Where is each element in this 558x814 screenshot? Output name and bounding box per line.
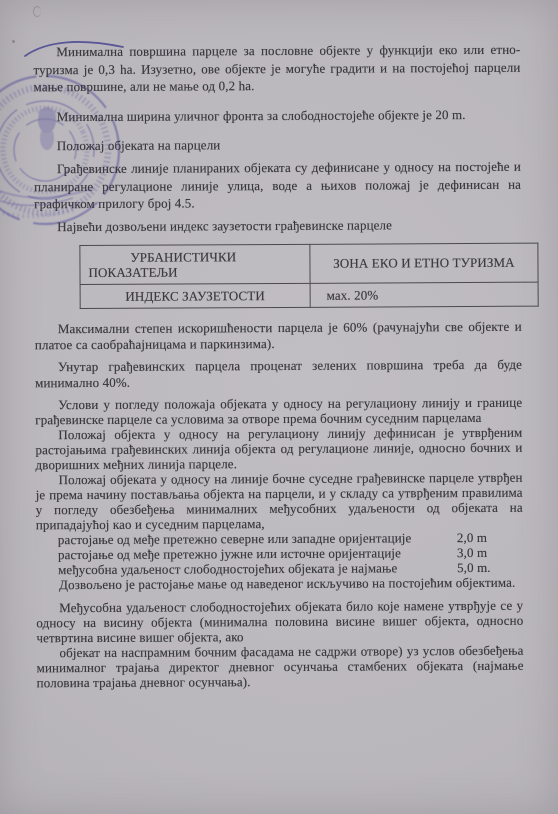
paragraph-position-regulation-line: Положај објекта у односу на регулациону … [35, 425, 522, 473]
heading-max-occupancy-index: Највећи дозвољени индекс заузетости грађ… [34, 215, 521, 235]
scan-speck [33, 6, 41, 17]
distance-list: растојање од међе претежно северне или з… [36, 530, 523, 578]
table-header-row: УРБАНИСТИЧКИ ПОКАЗАТЕЉИ ЗОНА ЕКО И ЕТНО … [80, 243, 538, 284]
paragraph-building-lines: Грађевинске линије планираних објеката с… [34, 158, 521, 213]
paragraph-position-side-parcel: Положај објеката у односу на линије бочн… [36, 470, 523, 533]
scanned-document-page: Минимална површина парцеле за пословне о… [0, 0, 558, 814]
table-cell-index-value: мах. 20% [310, 282, 538, 307]
distance-value: 2,0 m [457, 530, 523, 545]
paragraph-mutual-distance: Међусобна удаљеност слободностојећих обј… [36, 598, 523, 646]
table-header-zone: ЗОНА ЕКО И ЕТНО ТУРИЗМА [310, 243, 538, 283]
paragraph-facade-condition: објекат на наспрамним бочним фасадама не… [36, 643, 523, 691]
table-row: ИНДЕКС ЗАУЗЕТОСТИ мах. 20% [80, 282, 538, 308]
table-header-indicator: УРБАНИСТИЧКИ ПОКАЗАТЕЉИ [80, 245, 310, 285]
table-cell-index-label: ИНДЕКС ЗАУЗЕТОСТИ [80, 284, 310, 309]
urban-indicators-table: УРБАНИСТИЧКИ ПОКАЗАТЕЉИ ЗОНА ЕКО И ЕТНО … [79, 243, 519, 309]
heading-object-position: Положај објеката на парцели [34, 135, 521, 155]
document-body: Минимална површина парцеле за пословне о… [33, 41, 523, 691]
paragraph-min-street-front: Минимална ширина уличног фронта за слобо… [34, 106, 521, 126]
distance-value: 5,0 m. [457, 560, 523, 575]
paragraph-min-parcel-area: Минимална површина парцеле за пословне о… [33, 41, 520, 96]
distance-label: међусобна удаљеност слободностојећих обј… [58, 561, 397, 578]
scan-speck [12, 40, 15, 43]
paragraph-max-usage: Максимални степен искоришћености парцела… [35, 319, 522, 354]
paragraph-green-area: Унутар грађевинских парцела проценат зел… [35, 357, 522, 392]
heading-position-conditions: Услови у погледу положаја објеката у одн… [35, 395, 522, 428]
distance-value: 3,0 m [457, 545, 523, 560]
paragraph-allowed-smaller-distance: Дозвољено је растојање мање од наведеног… [36, 575, 523, 593]
distance-label: растојање од међе претежно јужне или ист… [58, 546, 401, 563]
